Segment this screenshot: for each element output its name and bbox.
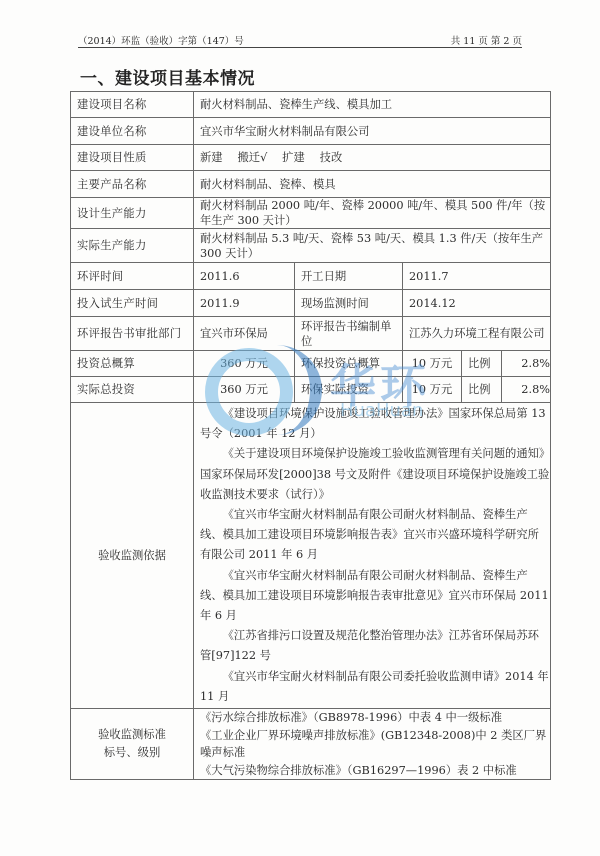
table-row: 验收监测标准 标号、级别 《污水综合排放标准》（GB8978-1996）中表 4… [71,709,551,780]
standard-item: 《污水综合排放标准》（GB8978-1996）中表 4 中一级标准 [200,709,550,727]
table-row: 建设项目性质 新建 搬迁√ 扩建 技改 [71,145,551,171]
page-header: （2014）环监（验收）字第（147）号 共 11 页 第 2 页 [78,36,522,48]
table-row: 建设单位名称 宜兴市华宝耐火材料制品有限公司 [71,118,551,145]
page-info: 共 11 页 第 2 页 [451,36,522,47]
standard-item: 《大气污染物综合排放标准》（GB16297—1996）表 2 中标准 [200,762,550,780]
table-row: 实际总投资 360 万元 环保实际投资 10 万元 比例 2.8% [71,377,551,403]
label-actual-invest: 实际总投资 [71,377,194,403]
table-row: 设计生产能力 耐火材料制品 2000 吨/年、瓷棒 20000 吨/年、模具 5… [71,198,551,229]
table-row: 实际生产能力 耐火材料制品 5.3 吨/天、瓷棒 53 吨/天、模具 1.3 件… [71,229,551,263]
value-project-nature: 新建 搬迁√ 扩建 技改 [194,145,551,171]
section-title: 一、建设项目基本情况 [80,64,255,89]
basis-item: 《宜兴市华宝耐火材料制品有限公司委托验收监测申请》2014 年 11 月 [200,667,550,707]
basis-item: 《宜兴市华宝耐火材料制品有限公司耐火材料制品、瓷棒生产线、模具加工建设项目环境影… [200,566,550,627]
label-trial-time: 投入试生产时间 [71,290,194,317]
value-monitor-time: 2014.12 [403,290,551,317]
label-project-name: 建设项目名称 [71,92,194,118]
label-standards-line2: 标号、级别 [71,744,193,762]
label-design-capacity: 设计生产能力 [71,198,194,229]
table-row: 环评报告书审批部门 宜兴市环保局 环评报告书编制单位 江苏久力环境工程有限公司 [71,317,551,351]
table-row: 投资总概算 360 万元 环保投资总概算 10 万元 比例 2.8% [71,351,551,377]
value-eia-author: 江苏久力环境工程有限公司 [403,317,551,351]
label-ratio-actual: 比例 [462,377,502,403]
basis-list: 《建设项目环境保护设施竣工验收管理办法》国家环保总局第 13 号令（2001 年… [194,403,551,709]
value-company-name: 宜兴市华宝耐火材料制品有限公司 [194,118,551,145]
basis-item: 《江苏省排污口设置及规范化整治管理办法》江苏省环保局苏环管[97]122 号 [200,626,550,666]
value-design-capacity: 耐火材料制品 2000 吨/年、瓷棒 20000 吨/年、模具 500 件/年（… [194,198,551,229]
value-ratio-actual: 2.8% [502,377,551,403]
value-ratio: 2.8% [502,351,551,377]
table-row: 验收监测依据 《建设项目环境保护设施竣工验收管理办法》国家环保总局第 13 号令… [71,403,551,709]
label-standards-line1: 验收监测标准 [71,726,193,744]
label-eia-time: 环评时间 [71,263,194,290]
label-env-budget: 环保投资总概算 [295,351,403,377]
value-eia-approval: 宜兴市环保局 [194,317,295,351]
value-env-budget: 10 万元 [403,351,462,377]
table-row: 建设项目名称 耐火材料制品、瓷棒生产线、模具加工 [71,92,551,118]
label-standards: 验收监测标准 标号、级别 [71,709,194,780]
table-row: 投入试生产时间 2011.9 现场监测时间 2014.12 [71,290,551,317]
standard-item: 《工业企业厂界环境噪声排放标准》(GB12348-2008)中 2 类区厂界噪声… [200,727,550,762]
standards-list: 《污水综合排放标准》（GB8978-1996）中表 4 中一级标准 《工业企业厂… [194,709,551,780]
label-main-products: 主要产品名称 [71,171,194,198]
label-env-actual: 环保实际投资 [295,377,403,403]
label-eia-approval: 环评报告书审批部门 [71,317,194,351]
table-row: 环评时间 2011.6 开工日期 2011.7 [71,263,551,290]
label-eia-author: 环评报告书编制单位 [295,317,403,351]
label-company-name: 建设单位名称 [71,118,194,145]
value-main-products: 耐火材料制品、瓷棒、模具 [194,171,551,198]
label-monitor-time: 现场监测时间 [295,290,403,317]
label-project-nature: 建设项目性质 [71,145,194,171]
value-actual-invest: 360 万元 [194,377,295,403]
basis-item: 《建设项目环境保护设施竣工验收管理办法》国家环保总局第 13 号令（2001 年… [200,404,550,444]
value-env-actual: 10 万元 [403,377,462,403]
project-info-table: 建设项目名称 耐火材料制品、瓷棒生产线、模具加工 建设单位名称 宜兴市华宝耐火材… [70,91,551,780]
label-budget: 投资总概算 [71,351,194,377]
basis-item: 《宜兴市华宝耐火材料制品有限公司耐火材料制品、瓷棒生产线、模具加工建设项目环境影… [200,505,550,566]
label-start-date: 开工日期 [295,263,403,290]
value-project-name: 耐火材料制品、瓷棒生产线、模具加工 [194,92,551,118]
value-budget: 360 万元 [194,351,295,377]
value-actual-capacity: 耐火材料制品 5.3 吨/天、瓷棒 53 吨/天、模具 1.3 件/天（按年生产… [194,229,551,263]
value-start-date: 2011.7 [403,263,551,290]
table-row: 主要产品名称 耐火材料制品、瓷棒、模具 [71,171,551,198]
basis-item: 《关于建设项目环境保护设施竣工验收监测管理有关问题的通知》国家环保局环发[200… [200,444,550,505]
label-ratio: 比例 [462,351,502,377]
value-trial-time: 2011.9 [194,290,295,317]
value-eia-time: 2011.6 [194,263,295,290]
label-basis: 验收监测依据 [71,403,194,709]
label-actual-capacity: 实际生产能力 [71,229,194,263]
doc-number: （2014）环监（验收）字第（147）号 [78,36,244,47]
